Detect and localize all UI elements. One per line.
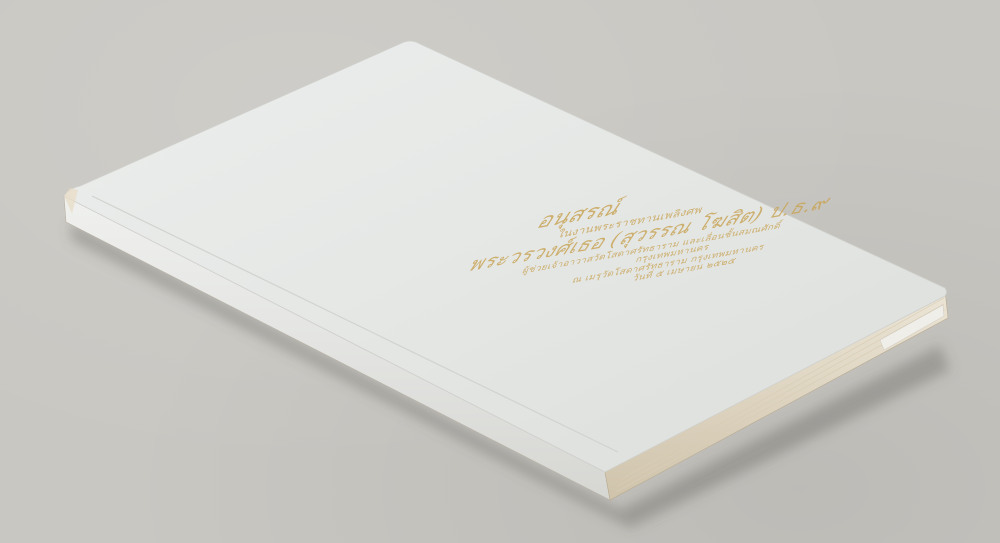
photo-scene: อนุสรณ์ ในงานพระราชทานเพลิงศพ พระวรวงศ์เ… bbox=[0, 0, 1000, 543]
book-cover bbox=[64, 41, 947, 472]
book-illustration bbox=[0, 0, 1000, 543]
